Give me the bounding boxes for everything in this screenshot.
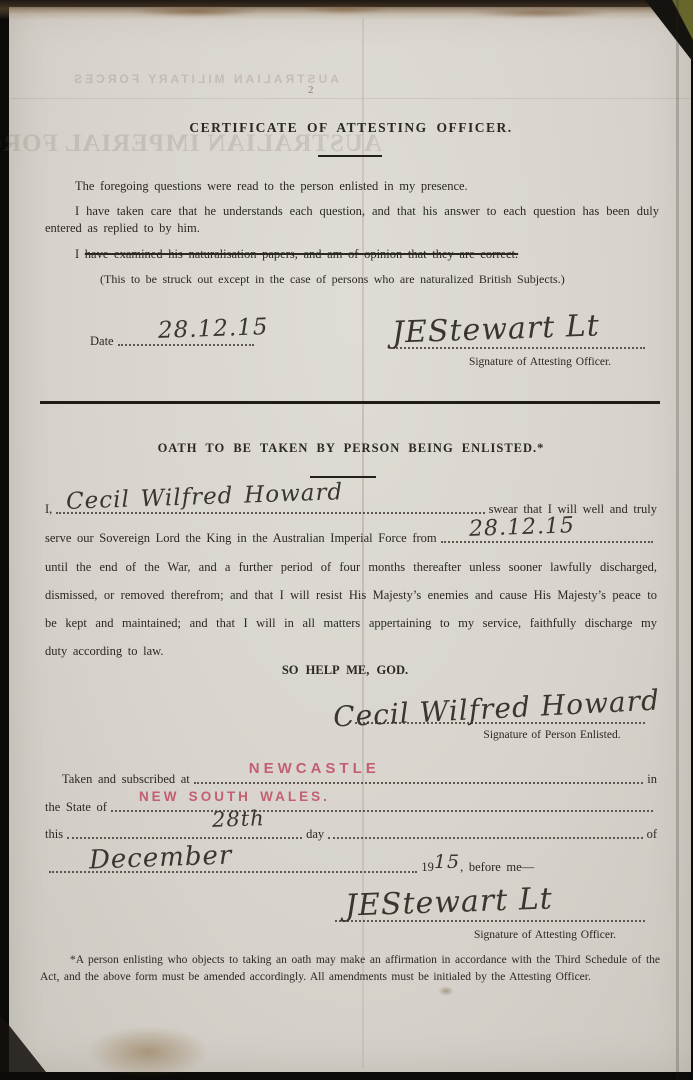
page-number: 2 bbox=[308, 84, 314, 96]
stain-top bbox=[300, 5, 390, 14]
month-handwritten: December bbox=[89, 841, 233, 876]
certificate-paragraph-1: The foregoing questions were read to the… bbox=[45, 178, 659, 195]
attesting-officer-signature-1: JEStewart Lt bbox=[391, 308, 600, 350]
fold-crease bbox=[10, 98, 690, 99]
attestation-line-1: Taken and subscribed at NEWCASTLE in bbox=[62, 772, 657, 787]
so-help-me-god: SO HELP ME, GOD. bbox=[45, 662, 645, 679]
struck-out-clause: I have examined his naturalisation paper… bbox=[75, 246, 635, 263]
attestation-line1-suffix: in bbox=[647, 772, 657, 787]
stain-top bbox=[130, 6, 260, 17]
day-label: day bbox=[306, 827, 324, 842]
struck-clause-text: have examined his naturalisation papers,… bbox=[85, 247, 518, 261]
dotted-line: Cecil Wilfred Howard bbox=[56, 508, 484, 514]
oath-line2-prefix: serve our Sovereign Lord the King in the… bbox=[45, 531, 437, 546]
attestation-line-4: December 19 15 , before me— bbox=[45, 854, 657, 876]
attestation-line-2: the State of NEW SOUTH WALES. bbox=[45, 800, 657, 815]
fold-crease bbox=[676, 0, 679, 1080]
signature-label: Signature of Attesting Officer. bbox=[430, 356, 650, 368]
bleedthrough-text: AUSTRALIAN MILITARY FORCES bbox=[40, 72, 370, 86]
affirmation-footnote: *A person enlisting who objects to takin… bbox=[40, 952, 660, 987]
oath-line-2: serve our Sovereign Lord the King in the… bbox=[45, 531, 657, 546]
certificate-heading: CERTIFICATE OF ATTESTING OFFICER. bbox=[45, 119, 657, 137]
scanned-document-page: AUSTRALIAN MILITARY FORCES AUSTRALIAN IM… bbox=[0, 0, 693, 1080]
dotted-line: NEW SOUTH WALES. bbox=[111, 806, 653, 812]
oath-date-handwritten: 28.12.15 bbox=[468, 513, 575, 542]
place-stamp: NEWCASTLE bbox=[249, 760, 380, 777]
oath-body-line: until the end of the War, and a further … bbox=[45, 560, 657, 575]
state-stamp: NEW SOUTH WALES. bbox=[139, 789, 330, 804]
heading-rule bbox=[310, 476, 376, 478]
year-printed: 19 bbox=[421, 860, 434, 875]
struck-clause-prefix: I bbox=[75, 247, 79, 261]
stain-bottom-left bbox=[88, 1026, 208, 1078]
this-label: this bbox=[45, 827, 63, 842]
taken-subscribed-label: Taken and subscribed at bbox=[62, 772, 190, 787]
signature-label: Signature of Attesting Officer. bbox=[440, 929, 650, 941]
dotted-line: 28.12.15 bbox=[441, 537, 653, 543]
year-handwritten: 15 bbox=[434, 851, 460, 873]
date-label: Date bbox=[90, 334, 114, 349]
stain-top bbox=[470, 8, 610, 18]
signature-label: Signature of Person Enlisted. bbox=[452, 729, 652, 741]
before-me-label: , before me— bbox=[460, 860, 534, 875]
dotted-line: NEWCASTLE bbox=[194, 778, 644, 784]
section-divider bbox=[40, 401, 660, 404]
oath-heading: OATH TO BE TAKEN BY PERSON BEING ENLISTE… bbox=[45, 440, 657, 457]
attestation-line-3: this 28th day of bbox=[45, 827, 657, 842]
heading-rule bbox=[318, 155, 382, 157]
oath-body-line: duty according to law. bbox=[45, 644, 657, 659]
dotted-line bbox=[328, 833, 642, 839]
strike-out-note: (This to be struck out except in the cas… bbox=[100, 271, 620, 287]
oath-line1-prefix: I, bbox=[45, 502, 52, 517]
dotted-line: 28th bbox=[67, 833, 302, 839]
certificate-paragraph-2: I have taken care that he understands ea… bbox=[45, 203, 659, 237]
of-label: of bbox=[647, 827, 657, 842]
stain-small bbox=[438, 986, 454, 996]
dotted-line: December bbox=[49, 867, 417, 873]
attesting-officer-signature-2: JEStewart Lt bbox=[344, 881, 553, 923]
oath-body-line: dismissed, or removed therefrom; and tha… bbox=[45, 588, 657, 603]
state-of-label: the State of bbox=[45, 800, 107, 815]
oath-body-line: be kept and maintained; and that I will … bbox=[45, 616, 657, 631]
day-handwritten: 28th bbox=[212, 806, 265, 832]
date-handwritten: 28.12.15 bbox=[158, 314, 269, 344]
